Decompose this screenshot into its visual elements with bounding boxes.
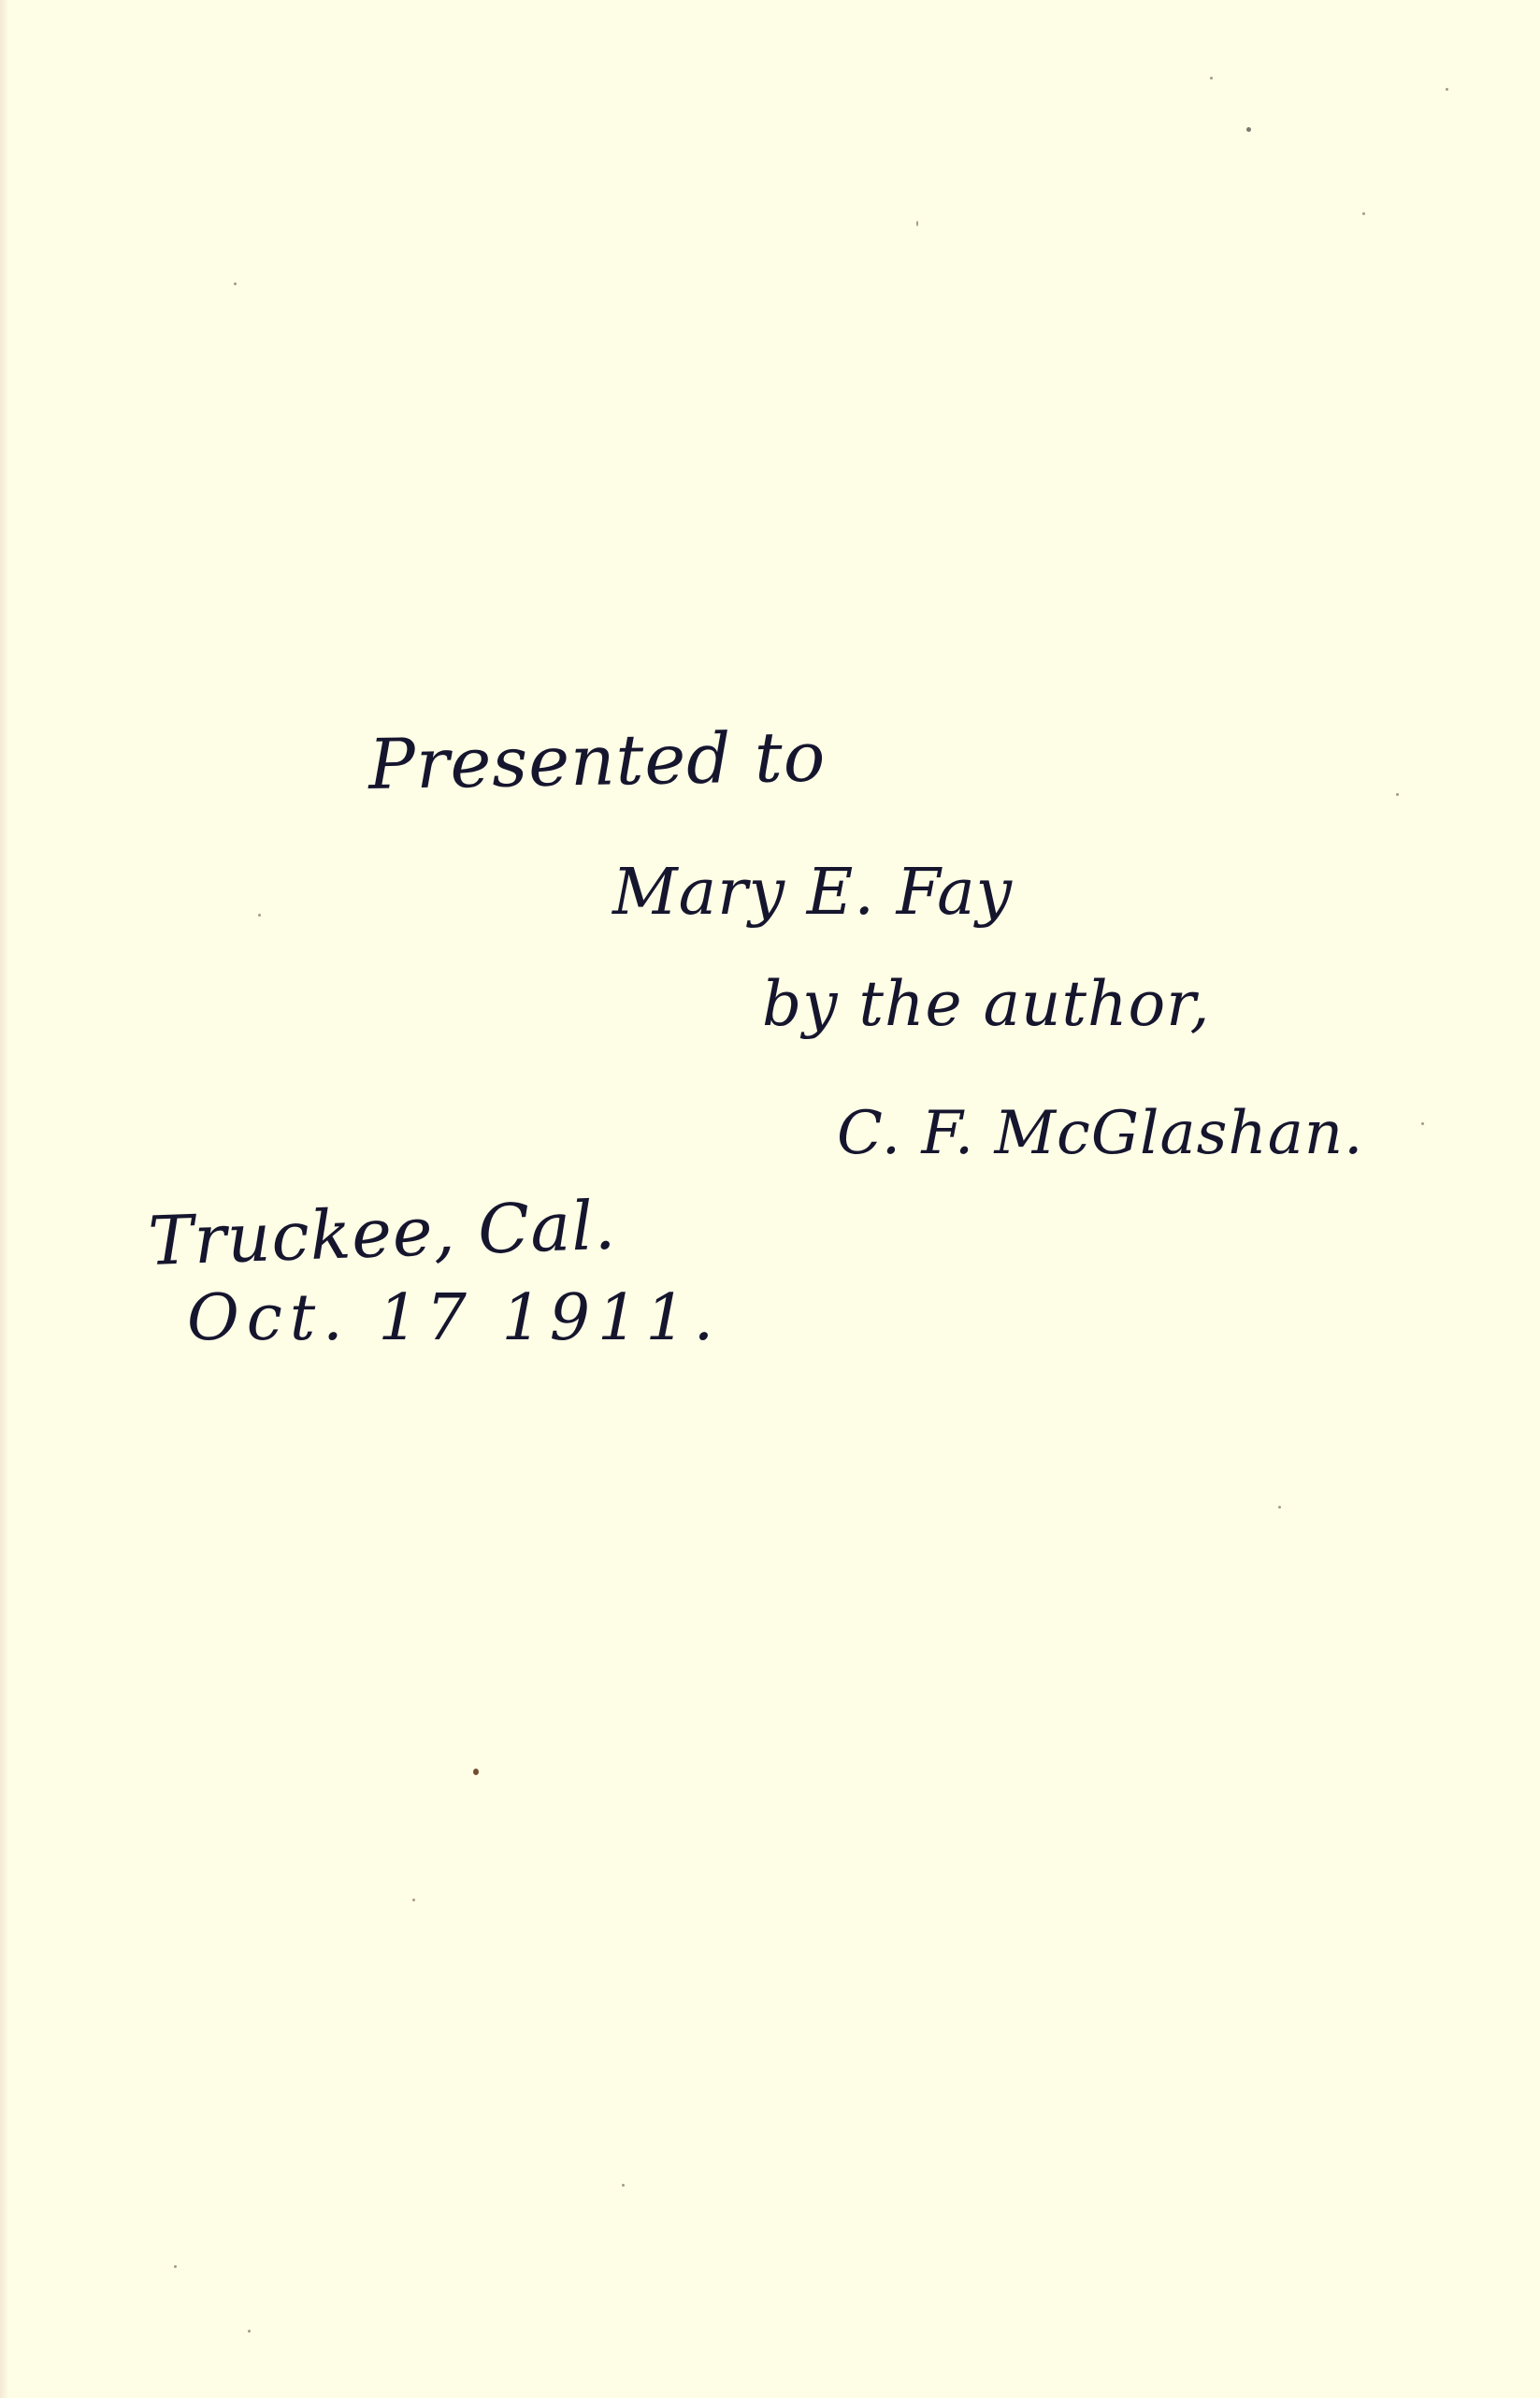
paper-speck [234,282,237,285]
inscription-presented-to: Presented to [367,716,827,805]
inscription-place: Truckee, Cal. [147,1186,617,1280]
paper-speck [412,1899,415,1901]
paper-speck [1246,127,1251,132]
paper-speck [1210,77,1213,79]
paper-speck [1362,212,1365,215]
paper-speck [248,2330,251,2333]
paper-speck [1396,793,1399,796]
author-signature: C. F. McGlashan. [837,1099,1363,1168]
page-binding-edge [0,0,7,2398]
paper-speck [473,1769,479,1775]
paper-speck [1278,1506,1281,1509]
paper-speck [1446,88,1448,91]
paper-speck [1421,1122,1424,1125]
paper-speck [622,2184,625,2187]
paper-speck [174,2265,177,2268]
paper-speck [916,221,918,226]
book-flyleaf-page: Presented to Mary E. Fay by the author, … [0,0,1540,2398]
inscription-recipient: Mary E. Fay [612,856,1013,930]
inscription-date: Oct. 17 1911. [187,1281,721,1355]
paper-speck [258,914,261,917]
inscription-by-the-author: by the author, [762,968,1210,1040]
